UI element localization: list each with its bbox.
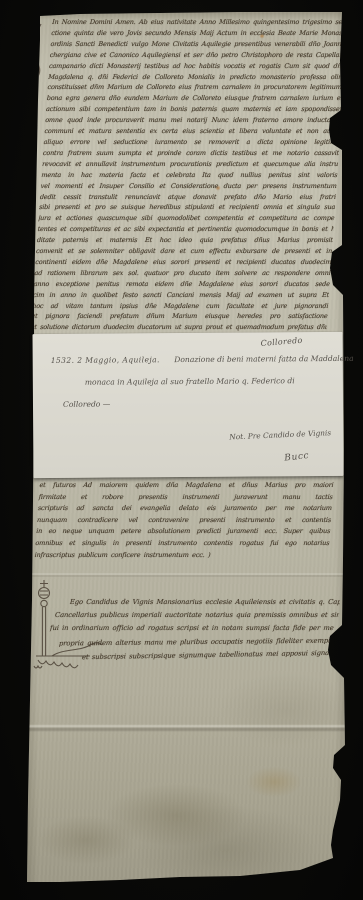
manuscript-line: aliquo errore vel seductione iuramento s… bbox=[43, 137, 340, 148]
manuscript-line: sibi presenti et pro se suisque heredibu… bbox=[39, 202, 336, 213]
deed-text-upper: In Nomine Domini Amen. Ab eius nativitat… bbox=[30, 17, 349, 344]
manuscript-line: communi et matura sententia ex certa eiu… bbox=[44, 126, 341, 137]
slip-notary-note: Not. Pre Candido de Vignis bbox=[229, 428, 331, 441]
archival-slip: Colloredo 1532. 2 Maggio, Aquileja. Dona… bbox=[33, 332, 344, 478]
manuscript-line: ordinis Sancti Benedicti vulgo Mone Civi… bbox=[50, 39, 347, 50]
manuscript-line: Cancellarius publicus imperiali auctorit… bbox=[54, 609, 339, 622]
notary-attestation: Ego Candidus de Vignis Mansionarius eccl… bbox=[36, 596, 341, 662]
manuscript-line: omne quod inde procuraverit manu mei not… bbox=[45, 115, 342, 126]
manuscript-line: continenti eidem dñe Magdalene eius soro… bbox=[35, 257, 332, 268]
manuscript-line: bona egra genera dño eundem Marium de Co… bbox=[46, 93, 343, 104]
manuscript-line: dedit cessit transtulit renunciavit atqu… bbox=[39, 192, 336, 203]
manuscript-line: omnibus et singulis in presenti instrume… bbox=[35, 538, 330, 550]
initial-flourish-icon bbox=[31, 22, 47, 84]
manuscript-line: cim in anno in quolibet festo sancti Can… bbox=[33, 290, 330, 301]
manuscript-line: ad rationem librarum sex sol. quatuor pr… bbox=[34, 268, 331, 279]
slip-summary-2: monaca in Aquileja al suo fratello Mario… bbox=[85, 376, 295, 386]
deed-text-lower: et futuros Ad maiorem quidem dña Magdale… bbox=[34, 480, 334, 561]
manuscript-line: tentes et competituras et ac sibi expect… bbox=[37, 224, 334, 235]
manuscript-line: convenit et se solemniter obligavit dare… bbox=[36, 246, 333, 257]
manuscript-line: Ego Candidus de Vignis Mansionarius eccl… bbox=[69, 596, 340, 609]
slip-summary-1: Donazione di beni materni fatta da Madda… bbox=[174, 354, 353, 364]
manuscript-line: et pignora faciendi prefatum dñum Marium… bbox=[31, 311, 328, 322]
manuscript-line: jura et actiones quascumque sibi quomodo… bbox=[38, 213, 335, 224]
manuscript-line: infrascriptus publicum conficere instrum… bbox=[34, 550, 329, 562]
manuscript-line: ctione quinta die vero Jovis secundo Men… bbox=[51, 28, 348, 39]
manuscript-line: ditate paternis et maternis Et hoc ideo … bbox=[36, 235, 333, 246]
manuscript-line: constituisset dñm Marium de Colloreto ei… bbox=[47, 82, 344, 93]
manuscript-line: campanario dicti Monasterij testibus ad … bbox=[49, 61, 346, 72]
manuscript-line: et futuros Ad maiorem quidem dña Magdale… bbox=[39, 480, 334, 492]
manuscript-line: in eo neque unquam petere absolutionem p… bbox=[36, 526, 331, 538]
slip-summary-3: Colloredo — bbox=[63, 400, 110, 409]
manuscript-line: actionum sibi competentium tam in bonis … bbox=[46, 104, 343, 115]
manuscript-line: contra fratrem suum sumpta et proinde co… bbox=[43, 148, 340, 159]
manuscript-line: Magdalena q. dñi Federici de Colloreto M… bbox=[48, 72, 345, 83]
slip-date: 1532. 2 Maggio, Aquileja. bbox=[51, 355, 160, 365]
manuscript-line: nunquam contradicere vel contravenire pr… bbox=[37, 515, 332, 527]
manuscript-line: scripturis ad sancta dei evangelia delat… bbox=[37, 503, 332, 515]
manuscript-line: firmitate et robore presentis instrument… bbox=[38, 492, 333, 504]
manuscript-line: revocavit et annullavit instrumentum pro… bbox=[42, 159, 339, 170]
manuscript-line: menta in hac materia facta et celebrata … bbox=[41, 170, 338, 181]
fold-crease bbox=[26, 725, 345, 731]
manuscript-line: fui in ordinarium officio ad rogatus scr… bbox=[50, 622, 339, 635]
slip-signature: Bucc bbox=[284, 451, 310, 464]
slip-corner-note: Colloredo bbox=[260, 336, 303, 348]
fold-crease-minor bbox=[26, 573, 345, 577]
manuscript-line: hoc ad vitam tantum ipsius dñe Magdalene… bbox=[32, 301, 329, 312]
manuscript-line: chergiana cive et Canonico Aquilegiensi … bbox=[49, 50, 346, 61]
slip-heading-line: 1532. 2 Maggio, Aquileja. Donazione di b… bbox=[51, 354, 337, 365]
photo-background: In Nomine Domini Amen. Ab eius nativitat… bbox=[0, 0, 363, 900]
manuscript-line: anno exceptione penitus remota eidem dñe… bbox=[33, 279, 330, 290]
manuscript-line: vel momenti et Insuper Consilio et Consi… bbox=[40, 181, 337, 192]
manuscript-line: In Nomine Domini Amen. Ab eius nativitat… bbox=[52, 17, 349, 28]
